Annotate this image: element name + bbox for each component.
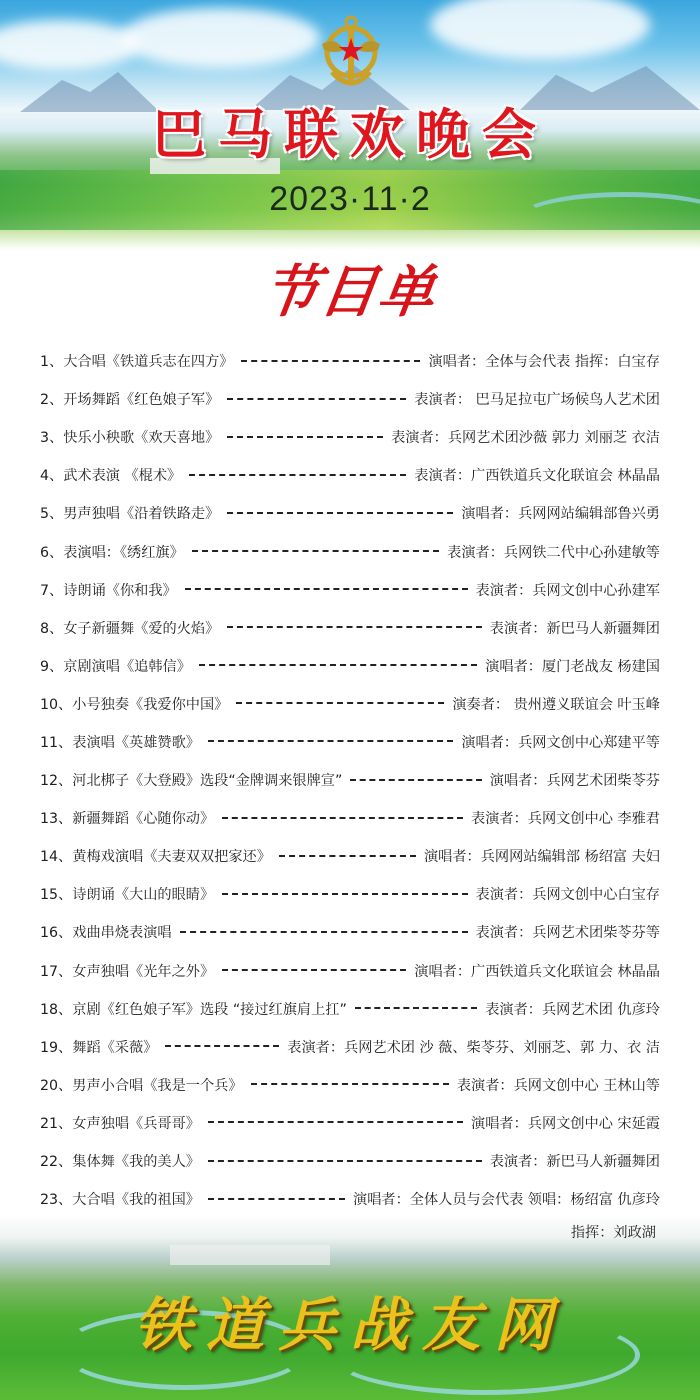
program-number: 22、 xyxy=(40,1151,72,1171)
program-credit: 表演者：兵网铁二代中心孙建敏等 xyxy=(447,542,660,562)
program-item: 17、女声独唱《光年之外》演唱者：广西铁道兵文化联谊会 林晶晶 xyxy=(40,952,660,990)
program-number: 5、 xyxy=(40,503,63,523)
program-title: 武术表演 《棍术》 xyxy=(63,465,181,485)
program-title: 黄梅戏演唱《夫妻双双把家还》 xyxy=(72,846,271,866)
program-title: 京剧演唱《追韩信》 xyxy=(63,656,191,676)
program-credit: 演唱者：兵网文创中心郑建平等 xyxy=(461,732,660,752)
dash-leader xyxy=(227,626,481,629)
program-title: 舞蹈《采薇》 xyxy=(72,1037,157,1057)
dash-leader xyxy=(165,1045,279,1048)
railway-corps-emblem-icon xyxy=(318,14,384,92)
program-credit: 演唱者：兵网艺术团柴苓芬 xyxy=(490,770,660,790)
program-number: 18、 xyxy=(40,999,72,1019)
dash-leader xyxy=(208,740,453,743)
program-number: 4、 xyxy=(40,465,63,485)
program-item: 12、河北梆子《大登殿》选段“金牌调来银牌宣”演唱者：兵网艺术团柴苓芬 xyxy=(40,761,660,799)
program-title: 河北梆子《大登殿》选段“金牌调来银牌宣” xyxy=(72,770,342,790)
program-credit: 演奏者： 贵州遵义联谊会 叶玉峰 xyxy=(452,694,660,714)
program-credit: 演唱者：全体与会代表 指挥：白宝存 xyxy=(428,351,660,371)
dash-leader xyxy=(222,817,463,820)
program-credit: 演唱者：全体人员与会代表 领唱：杨绍富 仇彦玲 xyxy=(353,1189,660,1209)
program-number: 7、 xyxy=(40,580,63,600)
program-item: 22、集体舞《我的美人》表演者：新巴马人新疆舞团 xyxy=(40,1142,660,1180)
cloud-decoration xyxy=(430,0,650,60)
village-decoration xyxy=(170,1245,330,1265)
event-title: 巴马联欢晚会 xyxy=(0,92,700,169)
program-credit: 演唱者：广西铁道兵文化联谊会 林晶晶 xyxy=(414,961,660,981)
program-credit: 演唱者：兵网网站编辑部 杨绍富 夫妇 xyxy=(424,846,660,866)
program-item: 2、开场舞蹈《红色娘子军》表演者： 巴马足拉屯广场候鸟人艺术团 xyxy=(40,380,660,418)
dash-leader xyxy=(199,664,477,667)
program-number: 23、 xyxy=(40,1189,72,1209)
program-credit: 表演者：兵网文创中心孙建军 xyxy=(476,580,660,600)
dash-leader xyxy=(355,1007,477,1010)
dash-leader xyxy=(180,931,468,934)
program-credit: 表演者：新巴马人新疆舞团 xyxy=(490,618,660,638)
dash-leader xyxy=(222,969,406,972)
program-title: 女声独唱《光年之外》 xyxy=(72,961,214,981)
program-title: 表演唱《英雄赞歌》 xyxy=(72,732,200,752)
dash-leader xyxy=(192,550,439,553)
program-credit: 演唱者：兵网文创中心 宋延霞 xyxy=(471,1113,660,1133)
program-item: 3、快乐小秧歌《欢天喜地》表演者：兵网艺术团沙薇 郭力 刘丽芝 衣洁 xyxy=(40,418,660,456)
dash-leader xyxy=(236,702,444,705)
cloud-decoration xyxy=(0,20,140,70)
program-list: 1、大合唱《铁道兵志在四方》演唱者：全体与会代表 指挥：白宝存 2、开场舞蹈《红… xyxy=(40,342,660,1218)
program-item: 21、女声独唱《兵哥哥》演唱者：兵网文创中心 宋延霞 xyxy=(40,1104,660,1142)
program-item: 8、女子新疆舞《爱的火焰》表演者：新巴马人新疆舞团 xyxy=(40,609,660,647)
dash-leader xyxy=(279,855,416,858)
program-number: 13、 xyxy=(40,808,72,828)
program-title: 开场舞蹈《红色娘子军》 xyxy=(63,389,219,409)
dash-leader xyxy=(189,474,406,477)
program-item: 10、小号独奏《我爱你中国》演奏者： 贵州遵义联谊会 叶玉峰 xyxy=(40,685,660,723)
program-credit: 表演者：兵网艺术团柴苓芬等 xyxy=(476,922,660,942)
program-title: 大合唱《我的祖国》 xyxy=(72,1189,200,1209)
program-item: 16、戏曲串烧表演唱表演者：兵网艺术团柴苓芬等 xyxy=(40,913,660,951)
program-credit: 表演者：兵网文创中心 李雅君 xyxy=(471,808,660,828)
program-credit: 表演者：兵网艺术团沙薇 郭力 刘丽芝 衣洁 xyxy=(391,427,660,447)
cloud-decoration xyxy=(120,8,320,68)
program-number: 17、 xyxy=(40,961,72,981)
program-title: 快乐小秧歌《欢天喜地》 xyxy=(63,427,219,447)
program-title: 诗朗诵《大山的眼睛》 xyxy=(72,884,214,904)
program-number: 6、 xyxy=(40,542,63,562)
conductor-credit: 指挥：刘政湖 xyxy=(571,1222,656,1242)
dash-leader xyxy=(241,360,420,363)
program-item: 13、新疆舞蹈《心随你动》表演者：兵网文创中心 李雅君 xyxy=(40,799,660,837)
program-item: 14、黄梅戏演唱《夫妻双双把家还》演唱者：兵网网站编辑部 杨绍富 夫妇 xyxy=(40,837,660,875)
program-credit: 表演者：兵网文创中心白宝存 xyxy=(476,884,660,904)
program-item: 20、男声小合唱《我是一个兵》表演者：兵网文创中心 王林山等 xyxy=(40,1066,660,1104)
program-credit: 演唱者：厦门老战友 杨建国 xyxy=(485,656,660,676)
program-number: 8、 xyxy=(40,618,63,638)
program-number: 9、 xyxy=(40,656,63,676)
dash-leader xyxy=(185,588,468,591)
program-heading: 节目单 xyxy=(0,248,700,328)
program-title: 戏曲串烧表演唱 xyxy=(72,922,171,942)
program-title: 女子新疆舞《爱的火焰》 xyxy=(63,618,219,638)
program-credit: 表演者：兵网艺术团 沙 薇、柴苓芬、刘丽芝、郭 力、衣 洁 xyxy=(287,1037,660,1057)
program-number: 20、 xyxy=(40,1075,72,1095)
program-item: 15、诗朗诵《大山的眼睛》表演者：兵网文创中心白宝存 xyxy=(40,875,660,913)
dash-leader xyxy=(227,398,406,401)
program-title: 诗朗诵《你和我》 xyxy=(63,580,177,600)
program-title: 新疆舞蹈《心随你动》 xyxy=(72,808,214,828)
program-item: 18、京剧《红色娘子军》选段 “接过红旗肩上扛”表演者：兵网艺术团 仇彦玲 xyxy=(40,990,660,1028)
program-title: 京剧《红色娘子军》选段 “接过红旗肩上扛” xyxy=(72,999,347,1019)
program-title: 男声小合唱《我是一个兵》 xyxy=(72,1075,242,1095)
program-number: 19、 xyxy=(40,1037,72,1057)
program-number: 12、 xyxy=(40,770,72,790)
program-title: 小号独奏《我爱你中国》 xyxy=(72,694,228,714)
program-item: 11、表演唱《英雄赞歌》演唱者：兵网文创中心郑建平等 xyxy=(40,723,660,761)
program-item: 5、男声独唱《沿着铁路走》演唱者：兵网网站编辑部鲁兴勇 xyxy=(40,494,660,532)
program-item: 23、大合唱《我的祖国》演唱者：全体人员与会代表 领唱：杨绍富 仇彦玲 xyxy=(40,1180,660,1218)
program-credit: 表演者：兵网艺术团 仇彦玲 xyxy=(485,999,660,1019)
dash-leader xyxy=(350,779,481,782)
program-credit: 表演者： 巴马足拉屯广场候鸟人艺术团 xyxy=(414,389,660,409)
program-title: 表演唱：《绣红旗》 xyxy=(63,542,184,562)
program-item: 6、表演唱：《绣红旗》表演者：兵网铁二代中心孙建敏等 xyxy=(40,532,660,570)
program-credit: 表演者：新巴马人新疆舞团 xyxy=(490,1151,660,1171)
program-number: 3、 xyxy=(40,427,63,447)
program-title: 集体舞《我的美人》 xyxy=(72,1151,200,1171)
program-number: 1、 xyxy=(40,351,63,371)
dash-leader xyxy=(208,1160,482,1163)
event-date: 2023·11·2 xyxy=(0,180,700,219)
dash-leader xyxy=(251,1083,449,1086)
dash-leader xyxy=(222,893,467,896)
program-item: 19、舞蹈《采薇》表演者：兵网艺术团 沙 薇、柴苓芬、刘丽芝、郭 力、衣 洁 xyxy=(40,1028,660,1066)
footer-brand: 铁道兵战友网 xyxy=(0,1278,700,1362)
program-item: 4、武术表演 《棍术》表演者：广西铁道兵文化联谊会 林晶晶 xyxy=(40,456,660,494)
program-number: 14、 xyxy=(40,846,72,866)
program-credit: 表演者：广西铁道兵文化联谊会 林晶晶 xyxy=(414,465,660,485)
dash-leader xyxy=(227,436,383,439)
dash-leader xyxy=(208,1198,345,1201)
program-title: 大合唱《铁道兵志在四方》 xyxy=(63,351,233,371)
program-credit: 表演者：兵网文创中心 王林山等 xyxy=(457,1075,660,1095)
program-number: 15、 xyxy=(40,884,72,904)
program-number: 10、 xyxy=(40,694,72,714)
program-credit: 演唱者：兵网网站编辑部鲁兴勇 xyxy=(461,503,660,523)
program-number: 21、 xyxy=(40,1113,72,1133)
program-number: 11、 xyxy=(40,732,72,752)
dash-leader xyxy=(208,1121,463,1124)
program-number: 16、 xyxy=(40,922,72,942)
dash-leader xyxy=(227,512,453,515)
program-title: 男声独唱《沿着铁路走》 xyxy=(63,503,219,523)
program-item: 1、大合唱《铁道兵志在四方》演唱者：全体与会代表 指挥：白宝存 xyxy=(40,342,660,380)
program-item: 9、京剧演唱《追韩信》演唱者：厦门老战友 杨建国 xyxy=(40,647,660,685)
program-title: 女声独唱《兵哥哥》 xyxy=(72,1113,200,1133)
program-number: 2、 xyxy=(40,389,63,409)
program-item: 7、诗朗诵《你和我》表演者：兵网文创中心孙建军 xyxy=(40,571,660,609)
